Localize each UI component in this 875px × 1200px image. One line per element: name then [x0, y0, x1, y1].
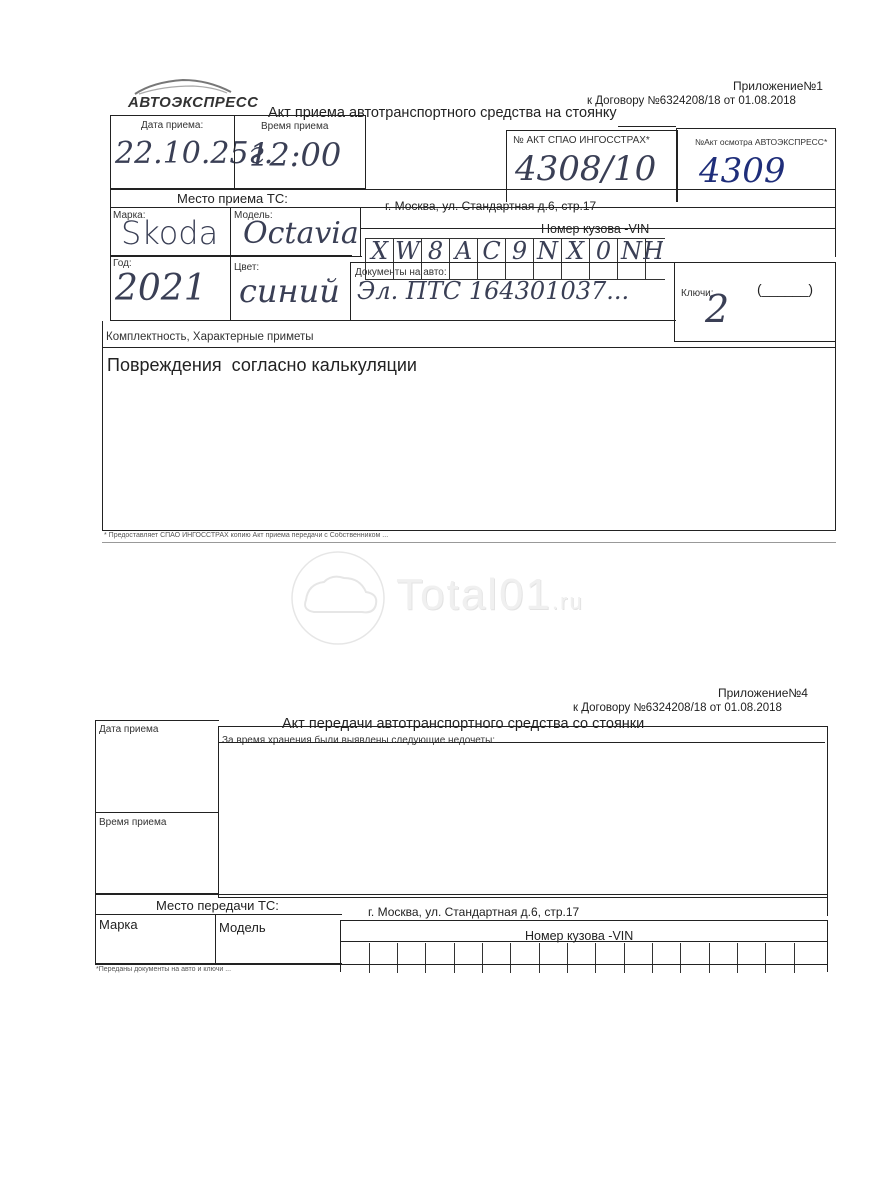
- appendix-label: Приложение№4: [718, 686, 808, 700]
- place-value: г. Москва, ул. Стандартная д.6, стр.17: [368, 905, 579, 919]
- footnote: * Предоставляет СПАО ИНГОССТРАХ копию Ак…: [104, 532, 524, 539]
- vin-char: N: [617, 237, 646, 265]
- watermark-text: Total01.ru: [396, 570, 584, 620]
- vin-char: 9: [505, 237, 534, 265]
- act-autoexpress-value: 4309: [699, 151, 786, 191]
- place-row: Место передачи ТС: г. Москва, ул. Станда…: [95, 894, 828, 916]
- vin-char: X: [365, 237, 394, 265]
- vin-char: C: [477, 237, 506, 265]
- place-label: Место приема ТС:: [177, 191, 288, 206]
- brand-cell: Марка: [95, 914, 217, 964]
- vin-char: 0: [589, 237, 618, 265]
- model-cell: Модель: Octavia: [230, 207, 362, 257]
- brand-cell: Марка: Skoda: [110, 207, 232, 257]
- vin-char: X: [561, 237, 590, 265]
- place-label: Место передачи ТС:: [156, 898, 279, 913]
- docs-cell: Документы на авто: Эл. ПТС 164301037...: [350, 262, 676, 321]
- footnote: *Переданы документы на авто и ключи ...: [96, 966, 396, 973]
- model-label: Модель: [219, 920, 266, 935]
- watermark: Total01.ru: [288, 548, 608, 648]
- brand-value: Skoda: [121, 214, 218, 252]
- vin-label: Номер кузова -VIN: [541, 222, 649, 236]
- appendix-label: Приложение№1: [733, 79, 823, 93]
- vin-label: Номер кузова -VIN: [525, 929, 633, 943]
- date-label: Дата приема:: [141, 120, 203, 131]
- time-cell: Время приема: [95, 812, 219, 894]
- time-value: 12:00: [249, 136, 341, 174]
- color-value: синий: [239, 272, 340, 310]
- date-cell: Дата приема: 22.10.25г.: [110, 115, 236, 189]
- time-label: Время приема: [261, 121, 328, 132]
- docs-value: Эл. ПТС 164301037...: [357, 277, 629, 305]
- date-label: Дата приема: [99, 724, 158, 735]
- vin-char: N: [533, 237, 562, 265]
- act-ingos-label: № АКТ СПАО ИНГОССТРАХ*: [513, 135, 650, 146]
- equipment-label: Комплектность, Характерные приметы: [106, 331, 314, 343]
- brand-label: Марка: [99, 917, 138, 932]
- date-cell: Дата приема: [95, 720, 219, 812]
- vin-char: 8: [421, 237, 450, 265]
- time-label: Время приема: [99, 817, 166, 828]
- model-value: Octavia: [243, 216, 359, 251]
- act-autoexpress-label: №Акт осмотра АВТОЭКСПРЕСС*: [695, 137, 827, 147]
- vin-section: Номер кузова -VIN X W 8 A C 9 N X 0 N H: [360, 207, 836, 257]
- vin-char: A: [449, 237, 478, 265]
- color-cell: Цвет: синий: [230, 255, 352, 321]
- defects-label: За время хранения были выявлены следующи…: [222, 735, 495, 746]
- time-cell: Время приема 12:00: [234, 115, 366, 189]
- autoexpress-logo: АВТОЭКСПРЕСС: [125, 78, 235, 118]
- vin-grid: [341, 943, 827, 973]
- keys-bracket: (______): [757, 281, 813, 297]
- vin-char: H: [643, 237, 663, 265]
- model-cell: Модель: [215, 914, 342, 964]
- equipment-value: Повреждения согласно калькуляции: [107, 355, 417, 376]
- place-row: Место приема ТС: г. Москва, ул. Стандарт…: [110, 189, 836, 209]
- defects-cell: За время хранения были выявлены следующи…: [218, 726, 828, 898]
- act-ingos-value: 4308/10: [515, 149, 656, 189]
- year-cell: Год: 2021: [110, 255, 232, 321]
- vin-char: W: [393, 237, 422, 265]
- equipment-section: Комплектность, Характерные приметы Повре…: [102, 321, 836, 531]
- contract-reference: к Договору №6324208/18 от 01.08.2018: [587, 95, 796, 107]
- logo-text: АВТОЭКСПРЕСС: [128, 94, 258, 111]
- contract-reference: к Договору №6324208/18 от 01.08.2018: [573, 702, 782, 714]
- year-value: 2021: [115, 268, 207, 309]
- car-cloud-logo-icon: [288, 548, 388, 648]
